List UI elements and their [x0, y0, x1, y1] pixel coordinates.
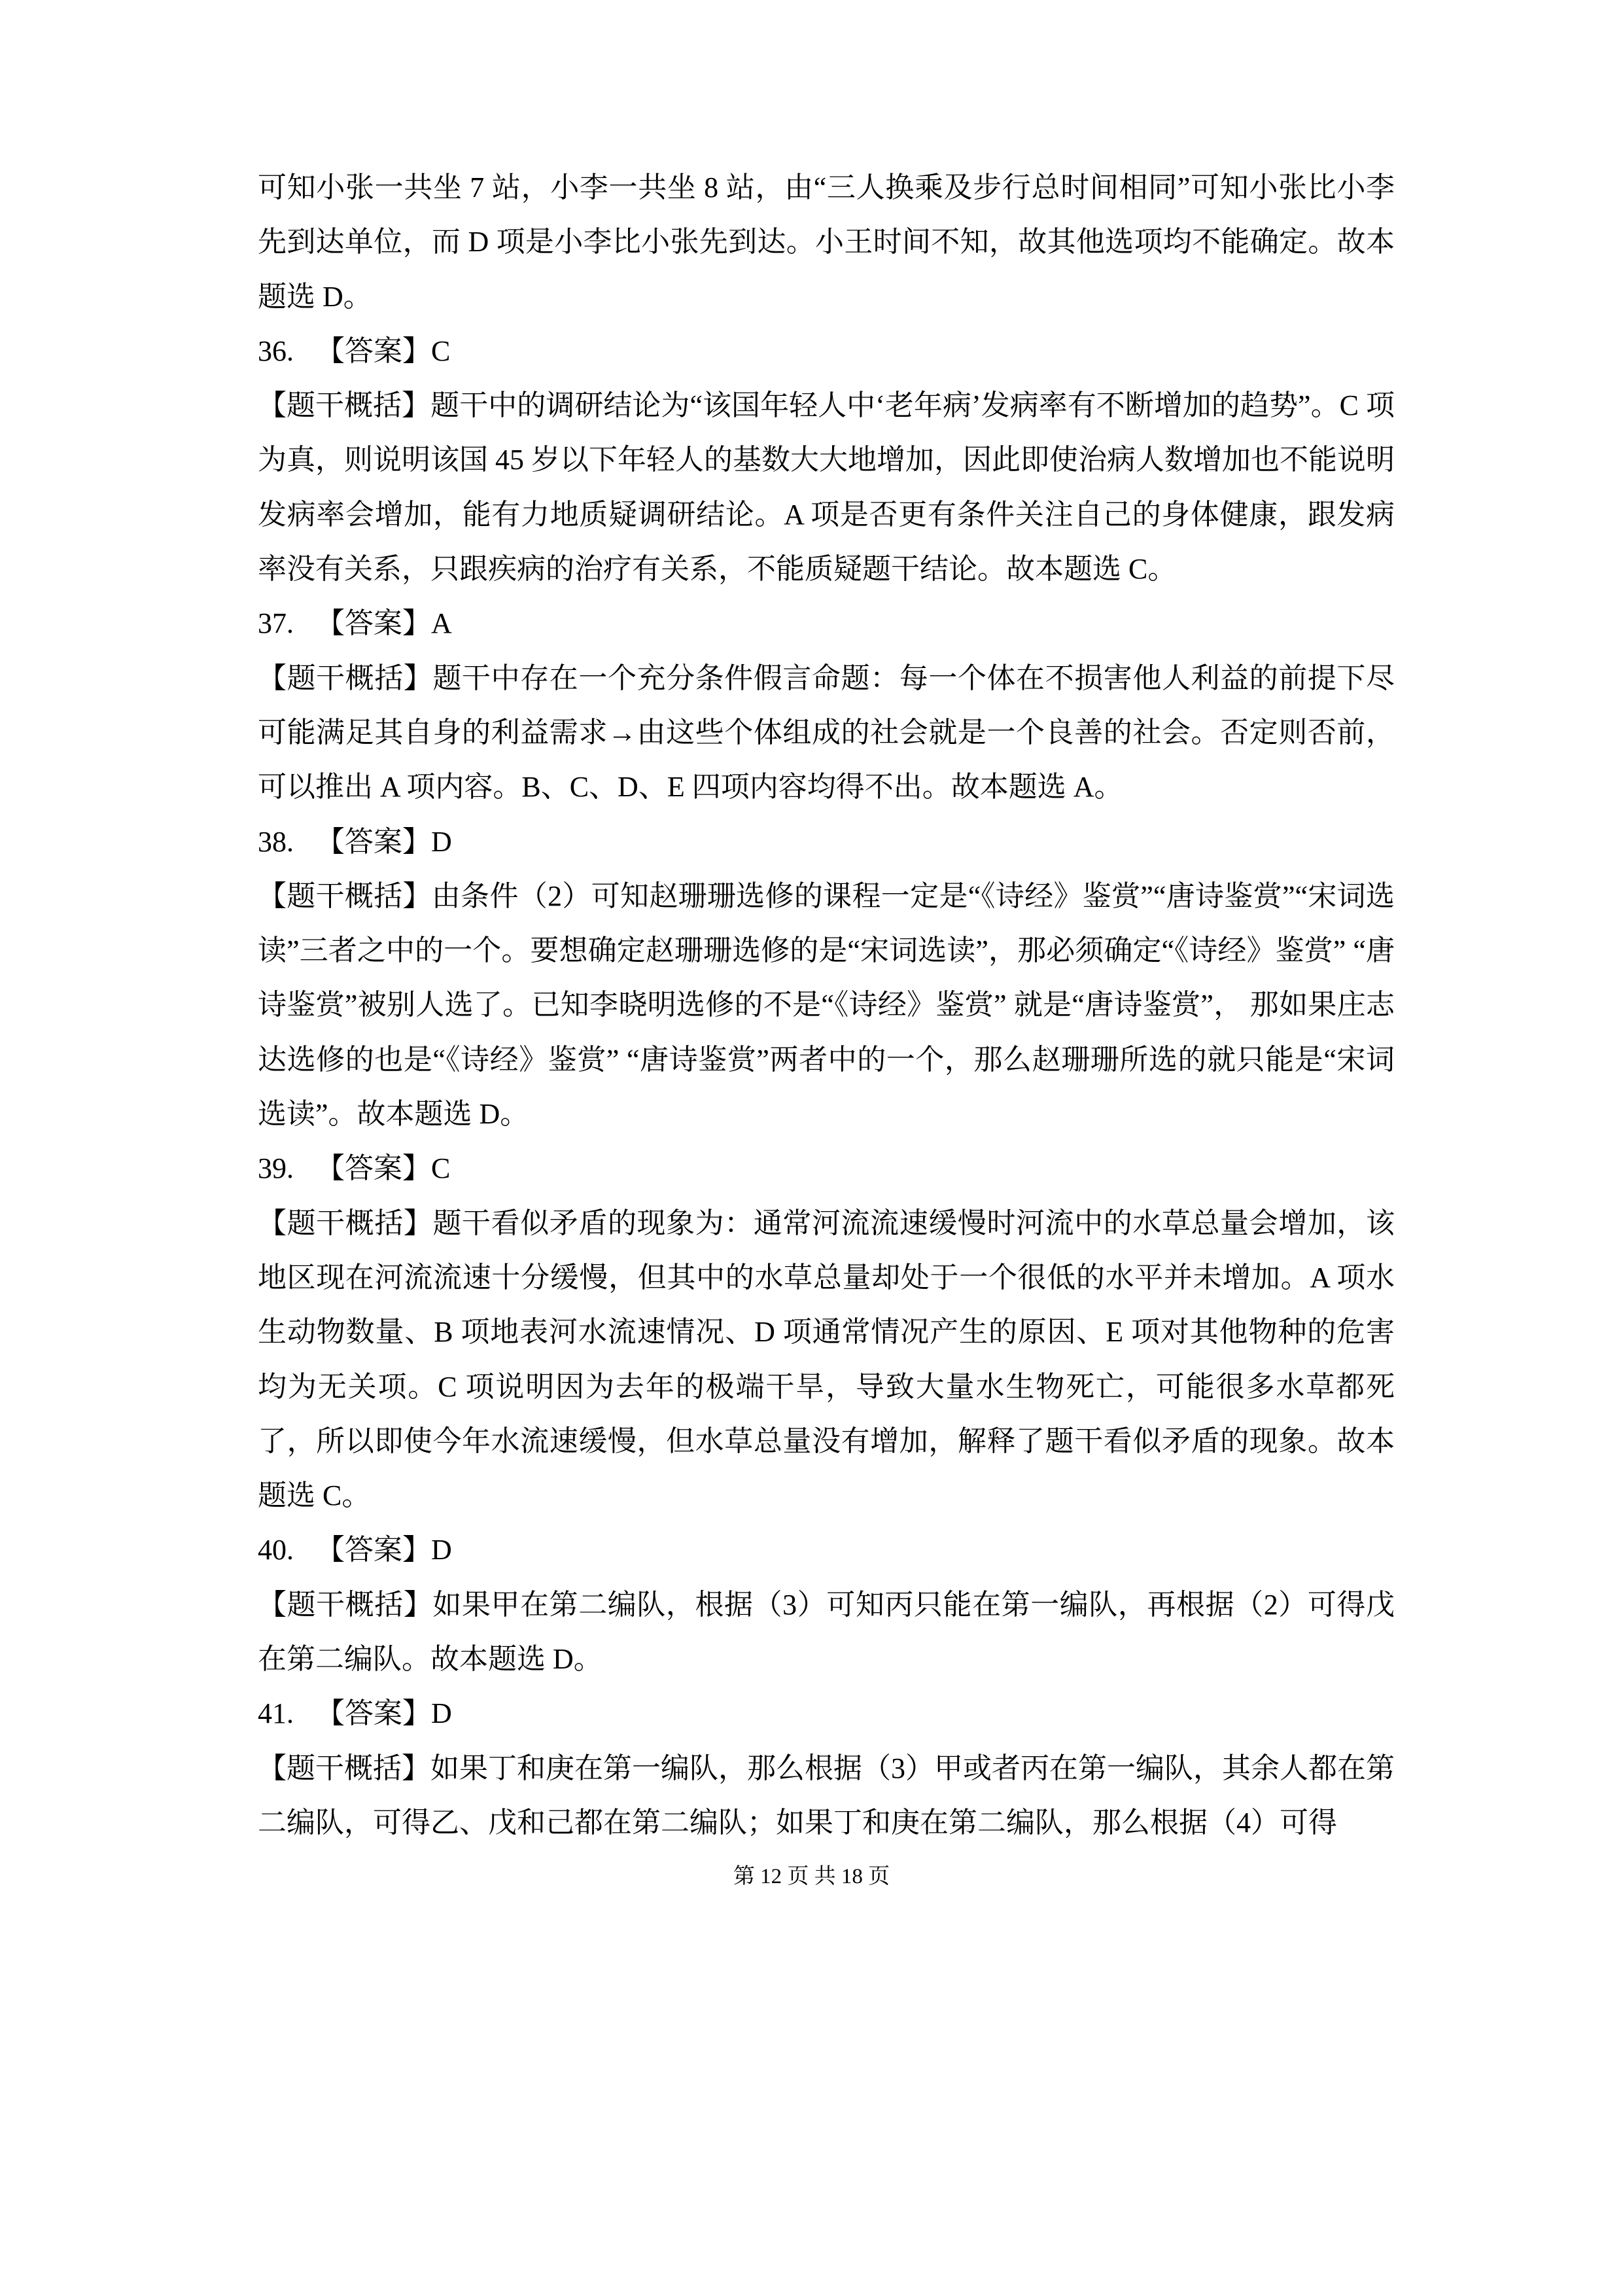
q38-question-number: 38. — [258, 815, 294, 869]
q41-question-number: 41. — [258, 1686, 294, 1740]
q40-analysis-paragraph: 【题干概括】如果甲在第二编队，根据（3）可知丙只能在第一编队，再根据（2）可得戊… — [258, 1578, 1395, 1687]
q36-answer-line: 36.【答案】C — [258, 324, 1395, 378]
page-footer: 第 12 页 共 18 页 — [0, 1862, 1623, 1891]
q36-question-number: 36. — [258, 324, 294, 378]
q36-answer-text: 【答案】C — [316, 335, 450, 367]
document-body: 可知小张一共坐 7 站，小李一共坐 8 站，由“三人换乘及步行总时间相同”可知小… — [258, 160, 1395, 1850]
q35-analysis-continued-paragraph: 可知小张一共坐 7 站，小李一共坐 8 站，由“三人换乘及步行总时间相同”可知小… — [258, 160, 1395, 324]
q38-analysis-paragraph: 【题干概括】由条件（2）可知赵珊珊选修的课程一定是“《诗经》鉴赏”“唐诗鉴赏”“… — [258, 869, 1395, 1141]
q40-question-number: 40. — [258, 1523, 294, 1577]
q38-answer-text: 【答案】D — [316, 826, 452, 858]
q41-analysis-paragraph: 【题干概括】如果丁和庚在第一编队，那么根据（3）甲或者丙在第一编队，其余人都在第… — [258, 1741, 1395, 1850]
q37-answer-text: 【答案】A — [316, 607, 452, 639]
q39-answer-text: 【答案】C — [316, 1152, 450, 1184]
q37-analysis-paragraph: 【题干概括】题干中存在一个充分条件假言命题：每一个体在不损害他人利益的前提下尽可… — [258, 651, 1395, 815]
q40-answer-text: 【答案】D — [316, 1534, 452, 1566]
q38-answer-line: 38.【答案】D — [258, 815, 1395, 869]
q37-answer-line: 37.【答案】A — [258, 596, 1395, 650]
q39-answer-line: 39.【答案】C — [258, 1141, 1395, 1195]
q37-question-number: 37. — [258, 596, 294, 650]
q39-question-number: 39. — [258, 1141, 294, 1195]
q40-answer-line: 40.【答案】D — [258, 1523, 1395, 1577]
q36-analysis-paragraph: 【题干概括】题干中的调研结论为“该国年轻人中‘老年病’发病率有不断增加的趋势”。… — [258, 378, 1395, 596]
document-page: 可知小张一共坐 7 站，小李一共坐 8 站，由“三人换乘及步行总时间相同”可知小… — [0, 0, 1623, 2296]
q41-answer-line: 41.【答案】D — [258, 1686, 1395, 1740]
q41-answer-text: 【答案】D — [316, 1697, 452, 1729]
q39-analysis-paragraph: 【题干概括】题干看似矛盾的现象为：通常河流流速缓慢时河流中的水草总量会增加，该地… — [258, 1196, 1395, 1523]
